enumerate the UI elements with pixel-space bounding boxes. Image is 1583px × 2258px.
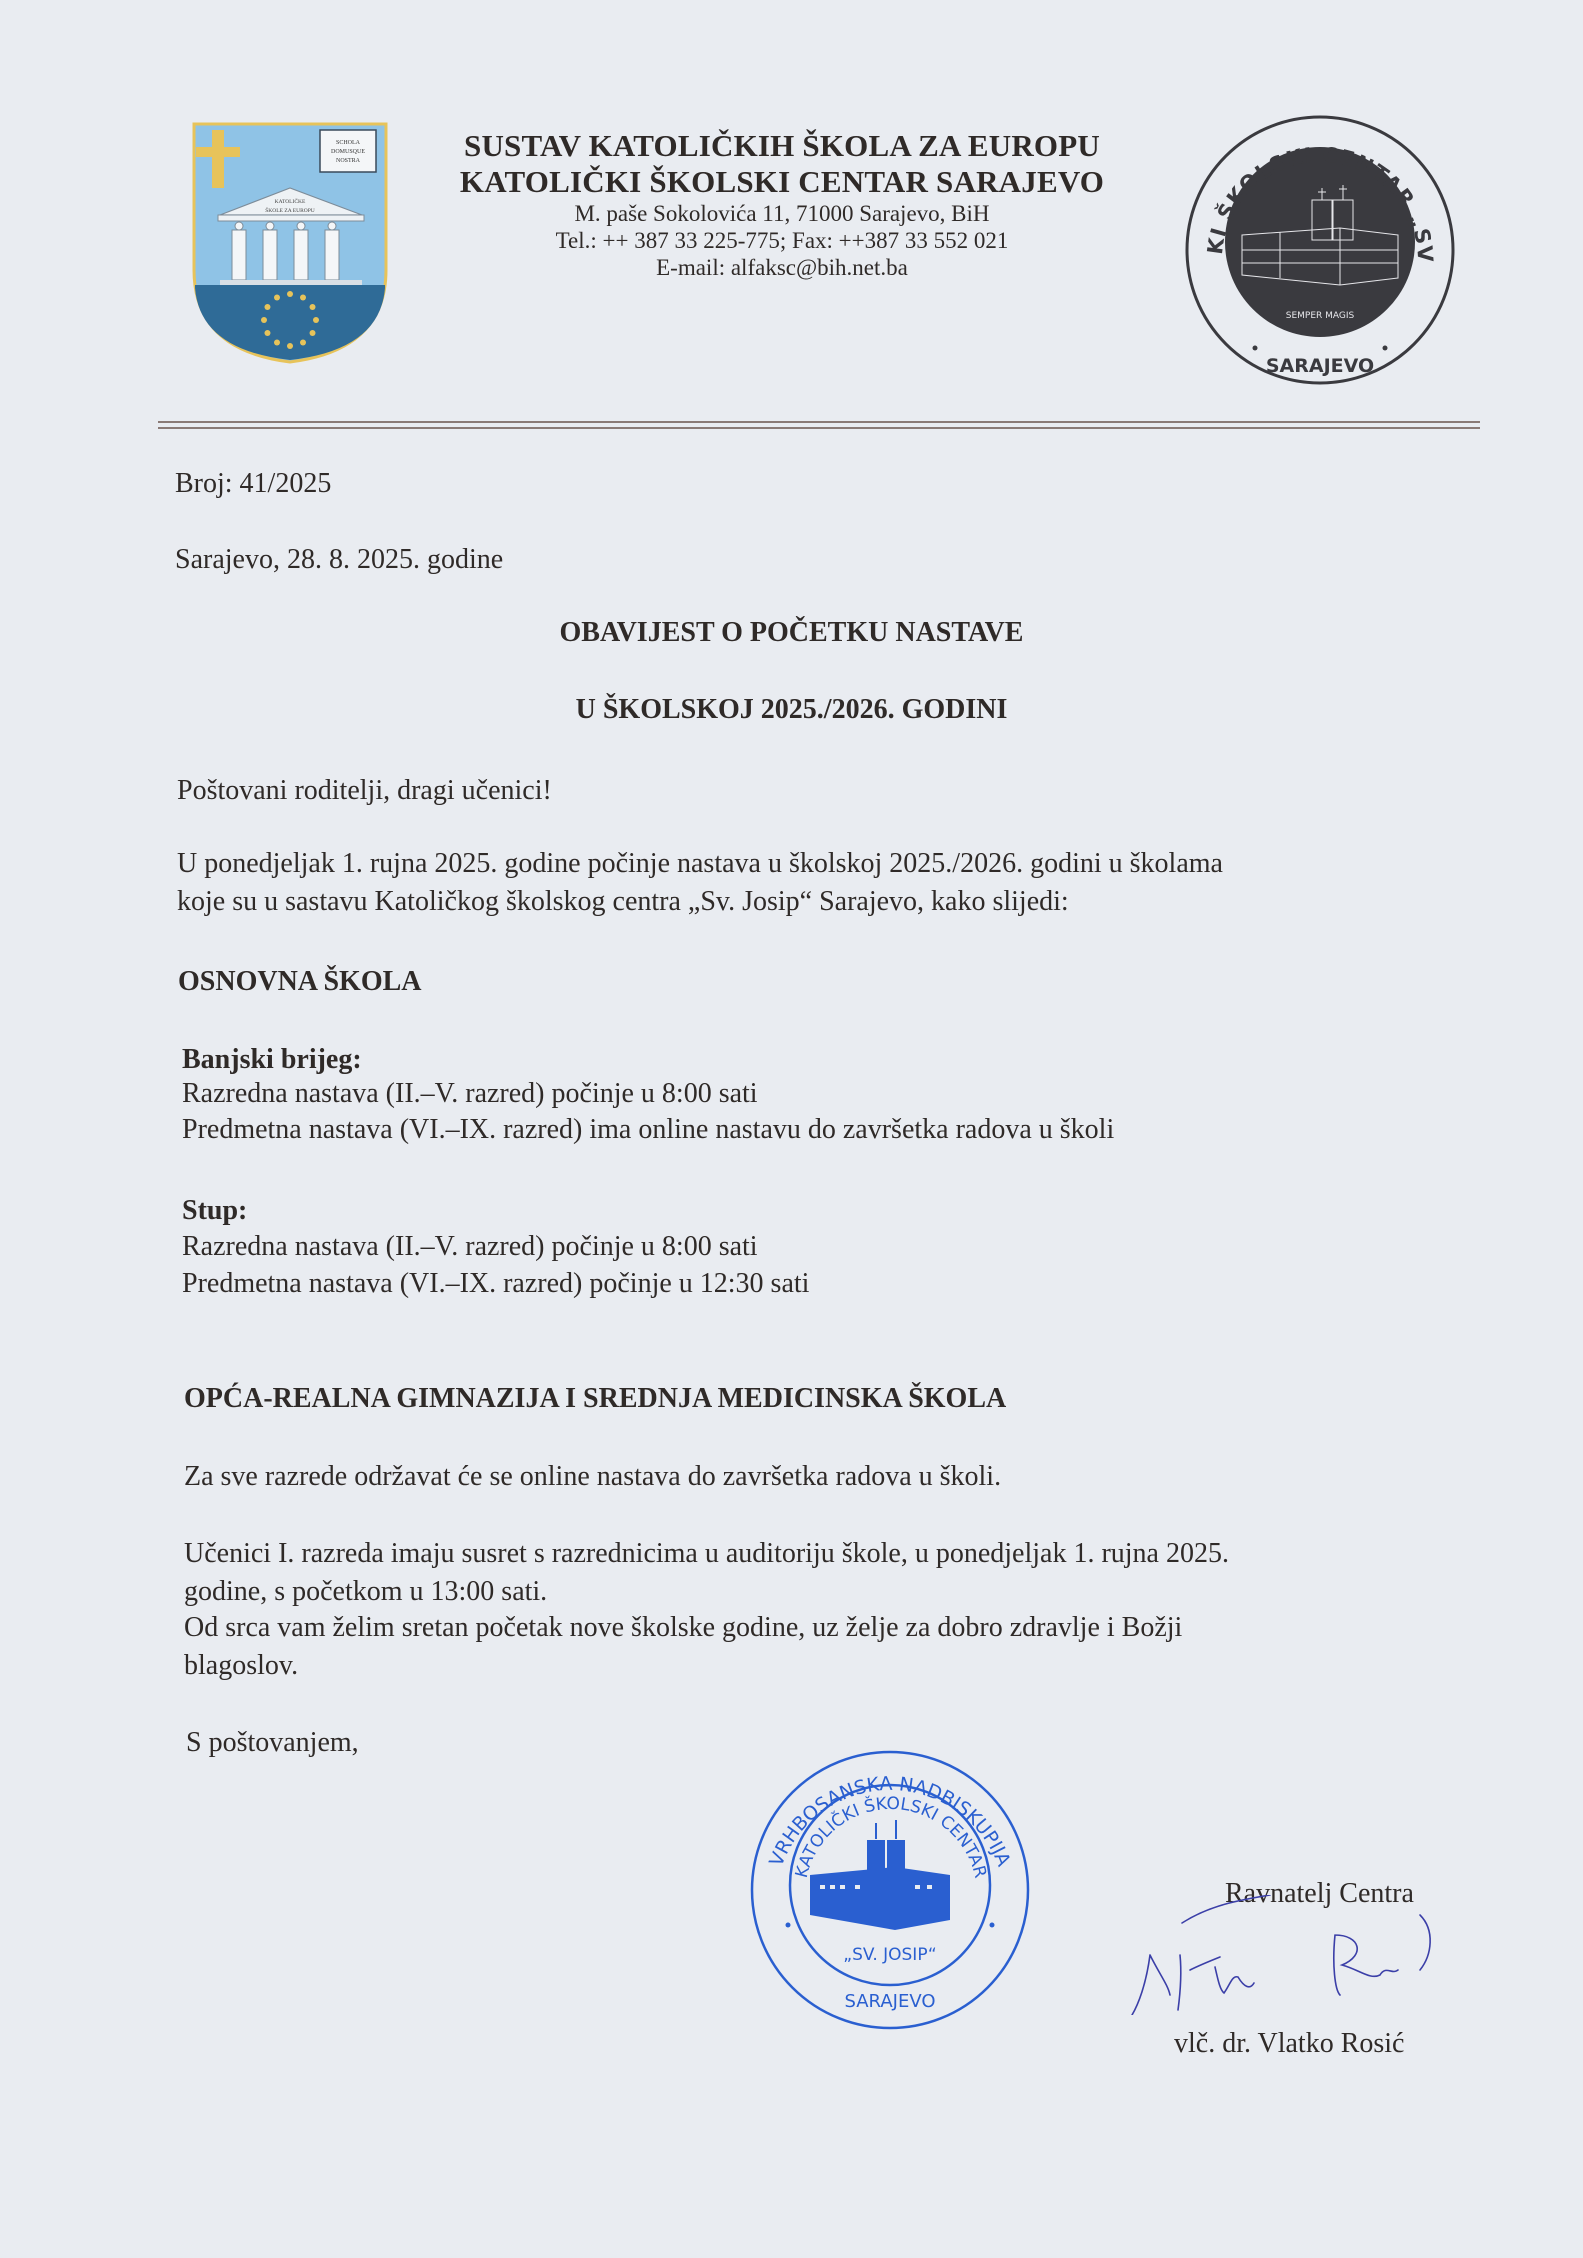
svg-text:SARAJEVO: SARAJEVO: [844, 1991, 935, 2012]
letterhead: SUSTAV KATOLIČKIH ŠKOLA ZA EUROPU KATOLI…: [412, 128, 1152, 281]
wishes-line: blagoslov.: [184, 1648, 298, 1684]
closing: S poštovanjem,: [186, 1725, 359, 1761]
svg-text:DOMUSQUE: DOMUSQUE: [331, 149, 365, 155]
header-divider: [158, 427, 1480, 429]
intro-line: koje su u sastavu Katoličkog školskog ce…: [177, 884, 1069, 920]
phone-fax: Tel.: ++ 387 33 225-775; Fax: ++387 33 5…: [412, 227, 1152, 254]
svg-text:SCHOLA: SCHOLA: [336, 140, 361, 146]
svg-text:„SV. JOSIP“: „SV. JOSIP“: [843, 1945, 936, 1965]
schedule-line: Razredna nastava (II.–V. razred) počinje…: [182, 1076, 758, 1112]
school-seal-logo: KATOLIČKI ŠKOLSKI CENTAR „SV. JOSIP“ SAR…: [1180, 110, 1460, 390]
intro-line: U ponedjeljak 1. rujna 2025. godine poči…: [177, 846, 1223, 882]
school-crest-logo: SCHOLA DOMUSQUE NOSTRA KATOLIČKE ŠKOLE Z…: [190, 120, 390, 365]
secondary-paragraph: Za sve razrede održavat će se online nas…: [184, 1459, 1001, 1495]
svg-text:ŠKOLE ZA EUROPU: ŠKOLE ZA EUROPU: [265, 206, 315, 214]
section-heading-secondary-school: OPĆA-REALNA GIMNAZIJA I SREDNJA MEDICINS…: [184, 1381, 1006, 1417]
location-stup: Stup:: [182, 1193, 247, 1229]
header-divider: [158, 421, 1480, 423]
svg-text:NOSTRA: NOSTRA: [336, 158, 361, 164]
school-center-name: KATOLIČKI ŠKOLSKI CENTAR SARAJEVO: [412, 164, 1152, 200]
official-stamp: VRHBOSANSKA NADBISKUPIJA KATOLIČKI ŠKOLS…: [745, 1745, 1035, 2035]
svg-text:SEMPER MAGIS: SEMPER MAGIS: [1286, 311, 1355, 321]
email: E-mail: alfaksc@bih.net.ba: [412, 254, 1152, 281]
schedule-line: Predmetna nastava (VI.–IX. razred) počin…: [182, 1266, 809, 1302]
section-heading-primary-school: OSNOVNA ŠKOLA: [178, 964, 422, 1000]
book-icon: SCHOLA DOMUSQUE NOSTRA: [320, 130, 376, 172]
schedule-line: Predmetna nastava (VI.–IX. razred) ima o…: [182, 1112, 1114, 1148]
document-title: OBAVIJEST O POČETKU NASTAVE: [0, 615, 1583, 651]
organization-name: SUSTAV KATOLIČKIH ŠKOLA ZA EUROPU: [412, 128, 1152, 164]
document-subtitle: U ŠKOLSKOJ 2025./2026. GODINI: [0, 692, 1583, 728]
address: M. paše Sokolovića 11, 71000 Sarajevo, B…: [412, 200, 1152, 227]
secondary-paragraph-line: godine, s početkom u 13:00 sati.: [184, 1574, 547, 1610]
signatory-name: vlč. dr. Vlatko Rosić: [1174, 2026, 1404, 2062]
place-date: Sarajevo, 28. 8. 2025. godine: [175, 542, 503, 578]
svg-text:KATOLIČKE: KATOLIČKE: [275, 197, 306, 205]
location-banjski-brijeg: Banjski brijeg:: [182, 1042, 362, 1078]
greeting: Poštovani roditelji, dragi učenici!: [177, 773, 552, 809]
wishes-line: Od srca vam želim sretan početak nove šk…: [184, 1610, 1182, 1646]
schedule-line: Razredna nastava (II.–V. razred) počinje…: [182, 1229, 758, 1265]
svg-text:SARAJEVO: SARAJEVO: [1266, 355, 1374, 377]
handwritten-signature: [1120, 1895, 1460, 2015]
document-number: Broj: 41/2025: [175, 466, 331, 502]
secondary-paragraph-line: Učenici I. razreda imaju susret s razred…: [184, 1536, 1229, 1572]
